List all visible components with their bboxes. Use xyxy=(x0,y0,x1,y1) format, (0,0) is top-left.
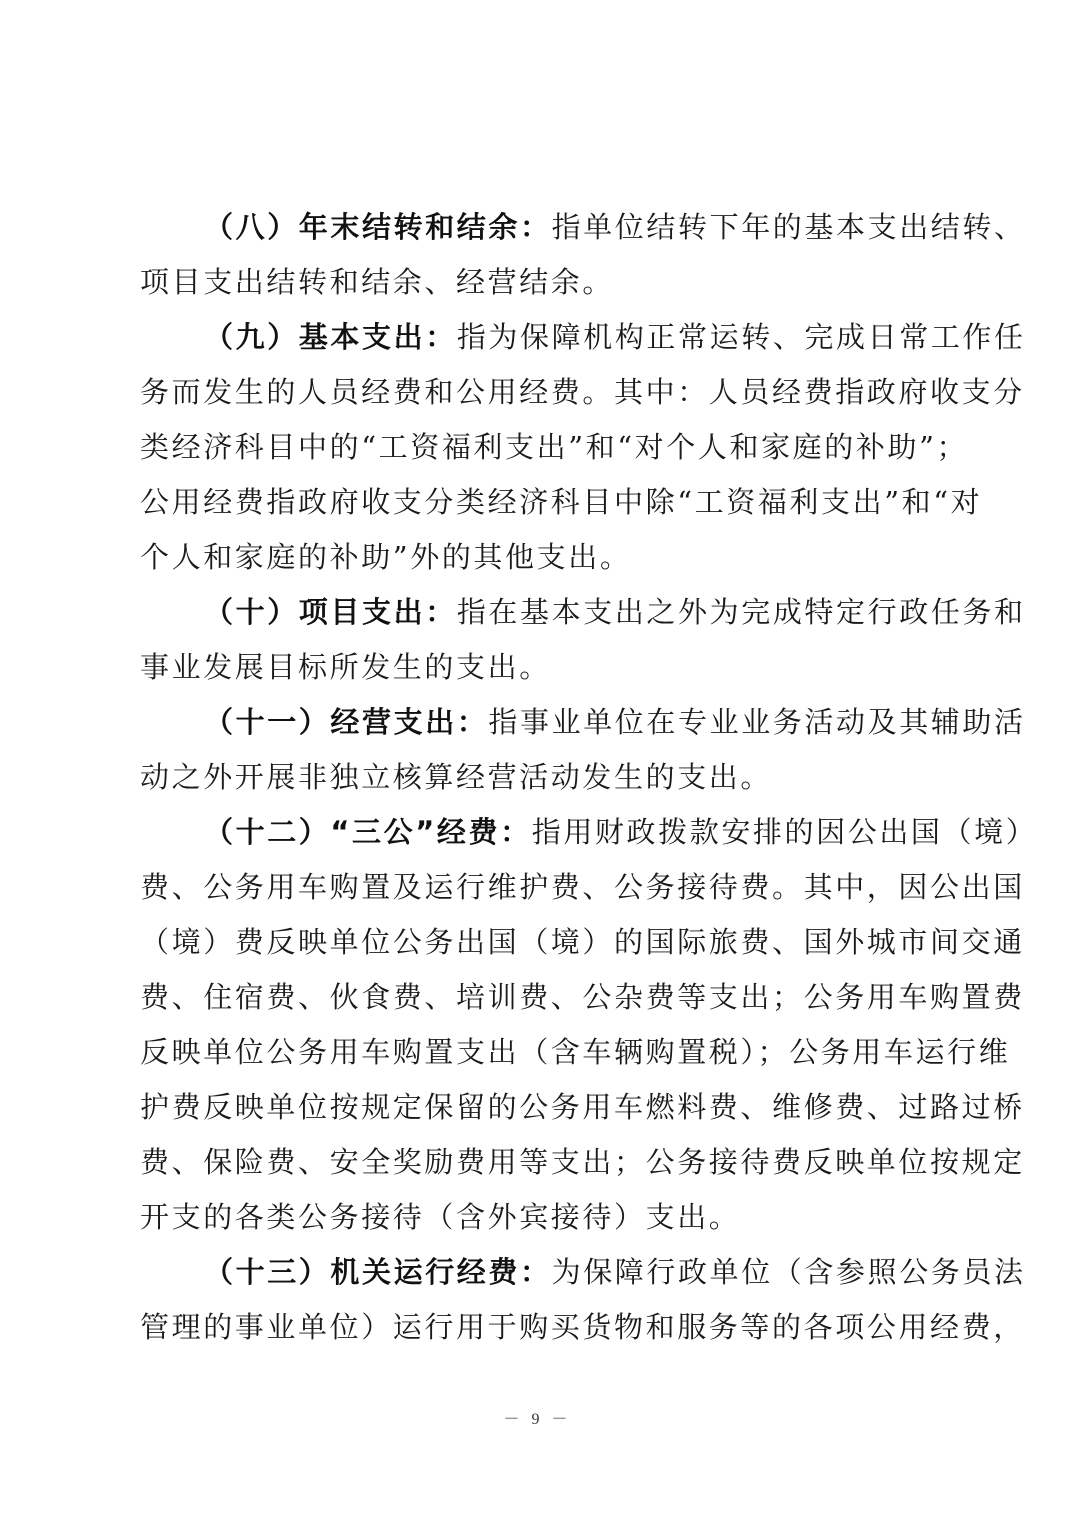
section-text: 指为保障机构正常运转、完成日常工作任 xyxy=(457,320,1026,354)
section-text: 为保障行政单位（含参照公务员法 xyxy=(552,1255,1026,1289)
section-text: 事业发展目标所发生的支出。 xyxy=(140,650,551,684)
section-text: 类经济科目中的“工资福利支出”和“对个人和家庭的补助”； xyxy=(140,430,968,464)
paragraph-line: 动之外开展非独立核算经营活动发生的支出。 xyxy=(140,750,940,805)
section-text: 费、住宿费、伙食费、培训费、公杂费等支出；公务用车购置费 xyxy=(140,980,1025,1014)
paragraph-line: 类经济科目中的“工资福利支出”和“对个人和家庭的补助”； xyxy=(140,420,940,475)
section-text: 开支的各类公务接待（含外宾接待）支出。 xyxy=(140,1200,740,1234)
section-9: （九）基本支出：指为保障机构正常运转、完成日常工作任 务而发生的人员经费和公用经… xyxy=(140,310,940,585)
paragraph-line: 公用经费指政府收支分类经济科目中除“工资福利支出”和“对 xyxy=(140,475,940,530)
paragraph-line: 项目支出结转和结余、经营结余。 xyxy=(140,255,940,310)
section-term: （十）项目支出： xyxy=(204,595,457,629)
section-text: 个人和家庭的补助”外的其他支出。 xyxy=(140,540,631,574)
section-term: （十一）经营支出： xyxy=(204,705,488,739)
paragraph-line: 费、住宿费、伙食费、培训费、公杂费等支出；公务用车购置费 xyxy=(140,970,940,1025)
paragraph-line: 费、公务用车购置及运行维护费、公务接待费。其中，因公出国 xyxy=(140,860,940,915)
section-10: （十）项目支出：指在基本支出之外为完成特定行政任务和 事业发展目标所发生的支出。 xyxy=(140,585,940,695)
section-text: 指用财政拨款安排的因公出国（境） xyxy=(532,815,1038,849)
section-text: 动之外开展非独立核算经营活动发生的支出。 xyxy=(140,760,772,794)
section-text: 项目支出结转和结余、经营结余。 xyxy=(140,265,614,299)
paragraph-line: （十三）机关运行经费：为保障行政单位（含参照公务员法 xyxy=(140,1245,940,1300)
paragraph-line: 个人和家庭的补助”外的其他支出。 xyxy=(140,530,940,585)
paragraph-line: （十二）“三公”经费：指用财政拨款安排的因公出国（境） xyxy=(140,805,940,860)
section-term: （十三）机关运行经费： xyxy=(204,1255,552,1289)
section-term: （九）基本支出： xyxy=(204,320,457,354)
paragraph-line: 反映单位公务用车购置支出（含车辆购置税）；公务用车运行维 xyxy=(140,1025,940,1080)
section-text: 费、保险费、安全奖励费用等支出；公务接待费反映单位按规定 xyxy=(140,1145,1025,1179)
section-text: 反映单位公务用车购置支出（含车辆购置税）；公务用车运行维 xyxy=(140,1035,1010,1069)
section-text: 指单位结转下年的基本支出结转、 xyxy=(552,210,1026,244)
paragraph-line: （十）项目支出：指在基本支出之外为完成特定行政任务和 xyxy=(140,585,940,640)
section-text: 指事业单位在专业业务活动及其辅助活 xyxy=(488,705,1025,739)
section-term: （十二）“三公”经费： xyxy=(204,815,532,849)
paragraph-line: （十一）经营支出：指事业单位在专业业务活动及其辅助活 xyxy=(140,695,940,750)
section-text: 管理的事业单位）运行用于购买货物和服务等的各项公用经费， xyxy=(140,1310,1025,1344)
paragraph-line: （八）年末结转和结余：指单位结转下年的基本支出结转、 xyxy=(140,200,940,255)
section-text: 护费反映单位按规定保留的公务用车燃料费、维修费、过路过桥 xyxy=(140,1090,1025,1124)
section-text: （境）费反映单位公务出国（境）的国际旅费、国外城市间交通 xyxy=(140,925,1025,959)
paragraph-line: （九）基本支出：指为保障机构正常运转、完成日常工作任 xyxy=(140,310,940,365)
section-text: 费、公务用车购置及运行维护费、公务接待费。其中，因公出国 xyxy=(140,870,1025,904)
paragraph-line: 务而发生的人员经费和公用经费。其中：人员经费指政府收支分 xyxy=(140,365,940,420)
section-12: （十二）“三公”经费：指用财政拨款安排的因公出国（境） 费、公务用车购置及运行维… xyxy=(140,805,940,1245)
paragraph-line: （境）费反映单位公务出国（境）的国际旅费、国外城市间交通 xyxy=(140,915,940,970)
paragraph-line: 护费反映单位按规定保留的公务用车燃料费、维修费、过路过桥 xyxy=(140,1080,940,1135)
section-text: 指在基本支出之外为完成特定行政任务和 xyxy=(457,595,1026,629)
section-11: （十一）经营支出：指事业单位在专业业务活动及其辅助活 动之外开展非独立核算经营活… xyxy=(140,695,940,805)
section-text: 务而发生的人员经费和公用经费。其中：人员经费指政府收支分 xyxy=(140,375,1025,409)
section-text: 公用经费指政府收支分类经济科目中除“工资福利支出”和“对 xyxy=(140,485,982,519)
paragraph-line: 事业发展目标所发生的支出。 xyxy=(140,640,940,695)
document-body: （八）年末结转和结余：指单位结转下年的基本支出结转、 项目支出结转和结余、经营结… xyxy=(140,200,940,1355)
section-8: （八）年末结转和结余：指单位结转下年的基本支出结转、 项目支出结转和结余、经营结… xyxy=(140,200,940,310)
section-13: （十三）机关运行经费：为保障行政单位（含参照公务员法 管理的事业单位）运行用于购… xyxy=(140,1245,940,1355)
paragraph-line: 费、保险费、安全奖励费用等支出；公务接待费反映单位按规定 xyxy=(140,1135,940,1190)
page-number: － 9 － xyxy=(0,1406,1075,1429)
section-term: （八）年末结转和结余： xyxy=(204,210,552,244)
paragraph-line: 开支的各类公务接待（含外宾接待）支出。 xyxy=(140,1190,940,1245)
document-page: （八）年末结转和结余：指单位结转下年的基本支出结转、 项目支出结转和结余、经营结… xyxy=(0,0,1075,1520)
paragraph-line: 管理的事业单位）运行用于购买货物和服务等的各项公用经费， xyxy=(140,1300,940,1355)
